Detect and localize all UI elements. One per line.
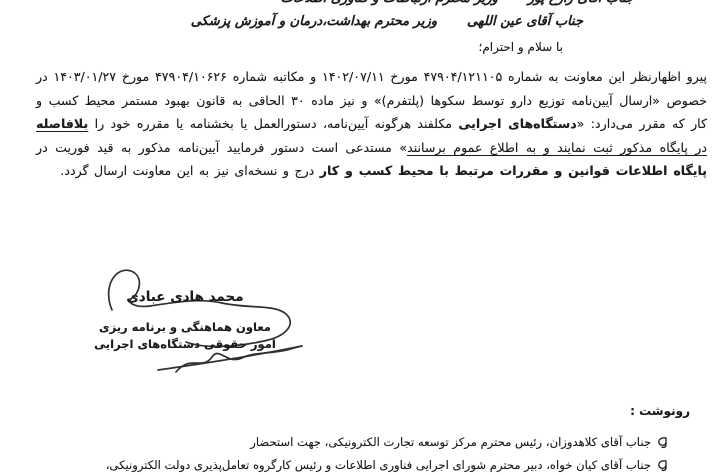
recipient-2-name: جناب آقای عین اللهی <box>467 12 583 32</box>
cc-item: جناب آقای کلاهدوزان، رئیس محترم مرکز توس… <box>20 434 668 450</box>
body-segment: » مستدعی است دستور فرمایید آیین‌نامه مذک… <box>36 140 407 155</box>
body-segment: بلافاصله <box>36 116 88 131</box>
signatory-name: محمد هادی عبادی <box>80 287 290 307</box>
cc-item-text: جناب آقای کلاهدوزان، رئیس محترم مرکز توس… <box>250 434 651 450</box>
cc-item: جناب آقای کیان خواه، دبیر محترم شورای اج… <box>20 457 668 473</box>
signatory-title-1: معاون هماهنگی و برنامه ریزی <box>80 319 290 336</box>
cc-block: رونوشت : جناب آقای کلاهدوزان، رئیس محترم… <box>20 403 690 475</box>
recipient-line-2: جناب آقای عین اللهی وزیر محترم بهداشت،در… <box>0 12 720 32</box>
recipient-1-name: جناب آقای زارع پور <box>528 0 634 9</box>
cc-item-text: جناب آقای کیان خواه، دبیر محترم شورای اج… <box>106 457 651 473</box>
recipient-line-1: جناب آقای زارع پور وزیر محترم ارتباطات و… <box>0 0 720 9</box>
body-segment: پایگاه اطلاعات قوانین و مقررات مرتبط با … <box>320 163 707 178</box>
salutation: با سلام و احترام؛ <box>0 38 720 56</box>
body-segment: مکلفند هرگونه آیین‌نامه، دستورالعمل یا ب… <box>88 116 458 131</box>
cc-label: رونوشت : <box>20 403 690 419</box>
recipient-block: جناب آقای زارع پور وزیر محترم ارتباطات و… <box>0 0 720 32</box>
signature-block: محمد هادی عبادی معاون هماهنگی و برنامه ر… <box>80 287 290 353</box>
signatory-title-2: امور حقوقی دستگاه‌های اجرایی <box>80 336 290 353</box>
cc-bullet-icon <box>657 436 668 449</box>
body-segment: در پایگاه مذکور ثبت نمایند و به اطلاع عم… <box>407 140 707 155</box>
recipient-2-title: وزیر محترم بهداشت،درمان و آموزش پزشکی <box>191 12 437 32</box>
cc-list: جناب آقای کلاهدوزان، رئیس محترم مرکز توس… <box>20 434 668 473</box>
cc-bullet-icon <box>657 459 668 472</box>
body-paragraph: پیرو اظهارنظر این معاونت به شماره ۴۷۹۰۴/… <box>36 65 707 183</box>
recipient-1-title: وزیر محترم ارتباطات و فناوری اطلاعات <box>281 0 498 9</box>
body-segment: دستگاه‌های اجرایی <box>458 116 576 131</box>
body-segment: درج و نسخه‌ای نیز به این معاونت ارسال گر… <box>60 163 319 178</box>
letter-page: جناب آقای زارع پور وزیر محترم ارتباطات و… <box>0 0 720 475</box>
